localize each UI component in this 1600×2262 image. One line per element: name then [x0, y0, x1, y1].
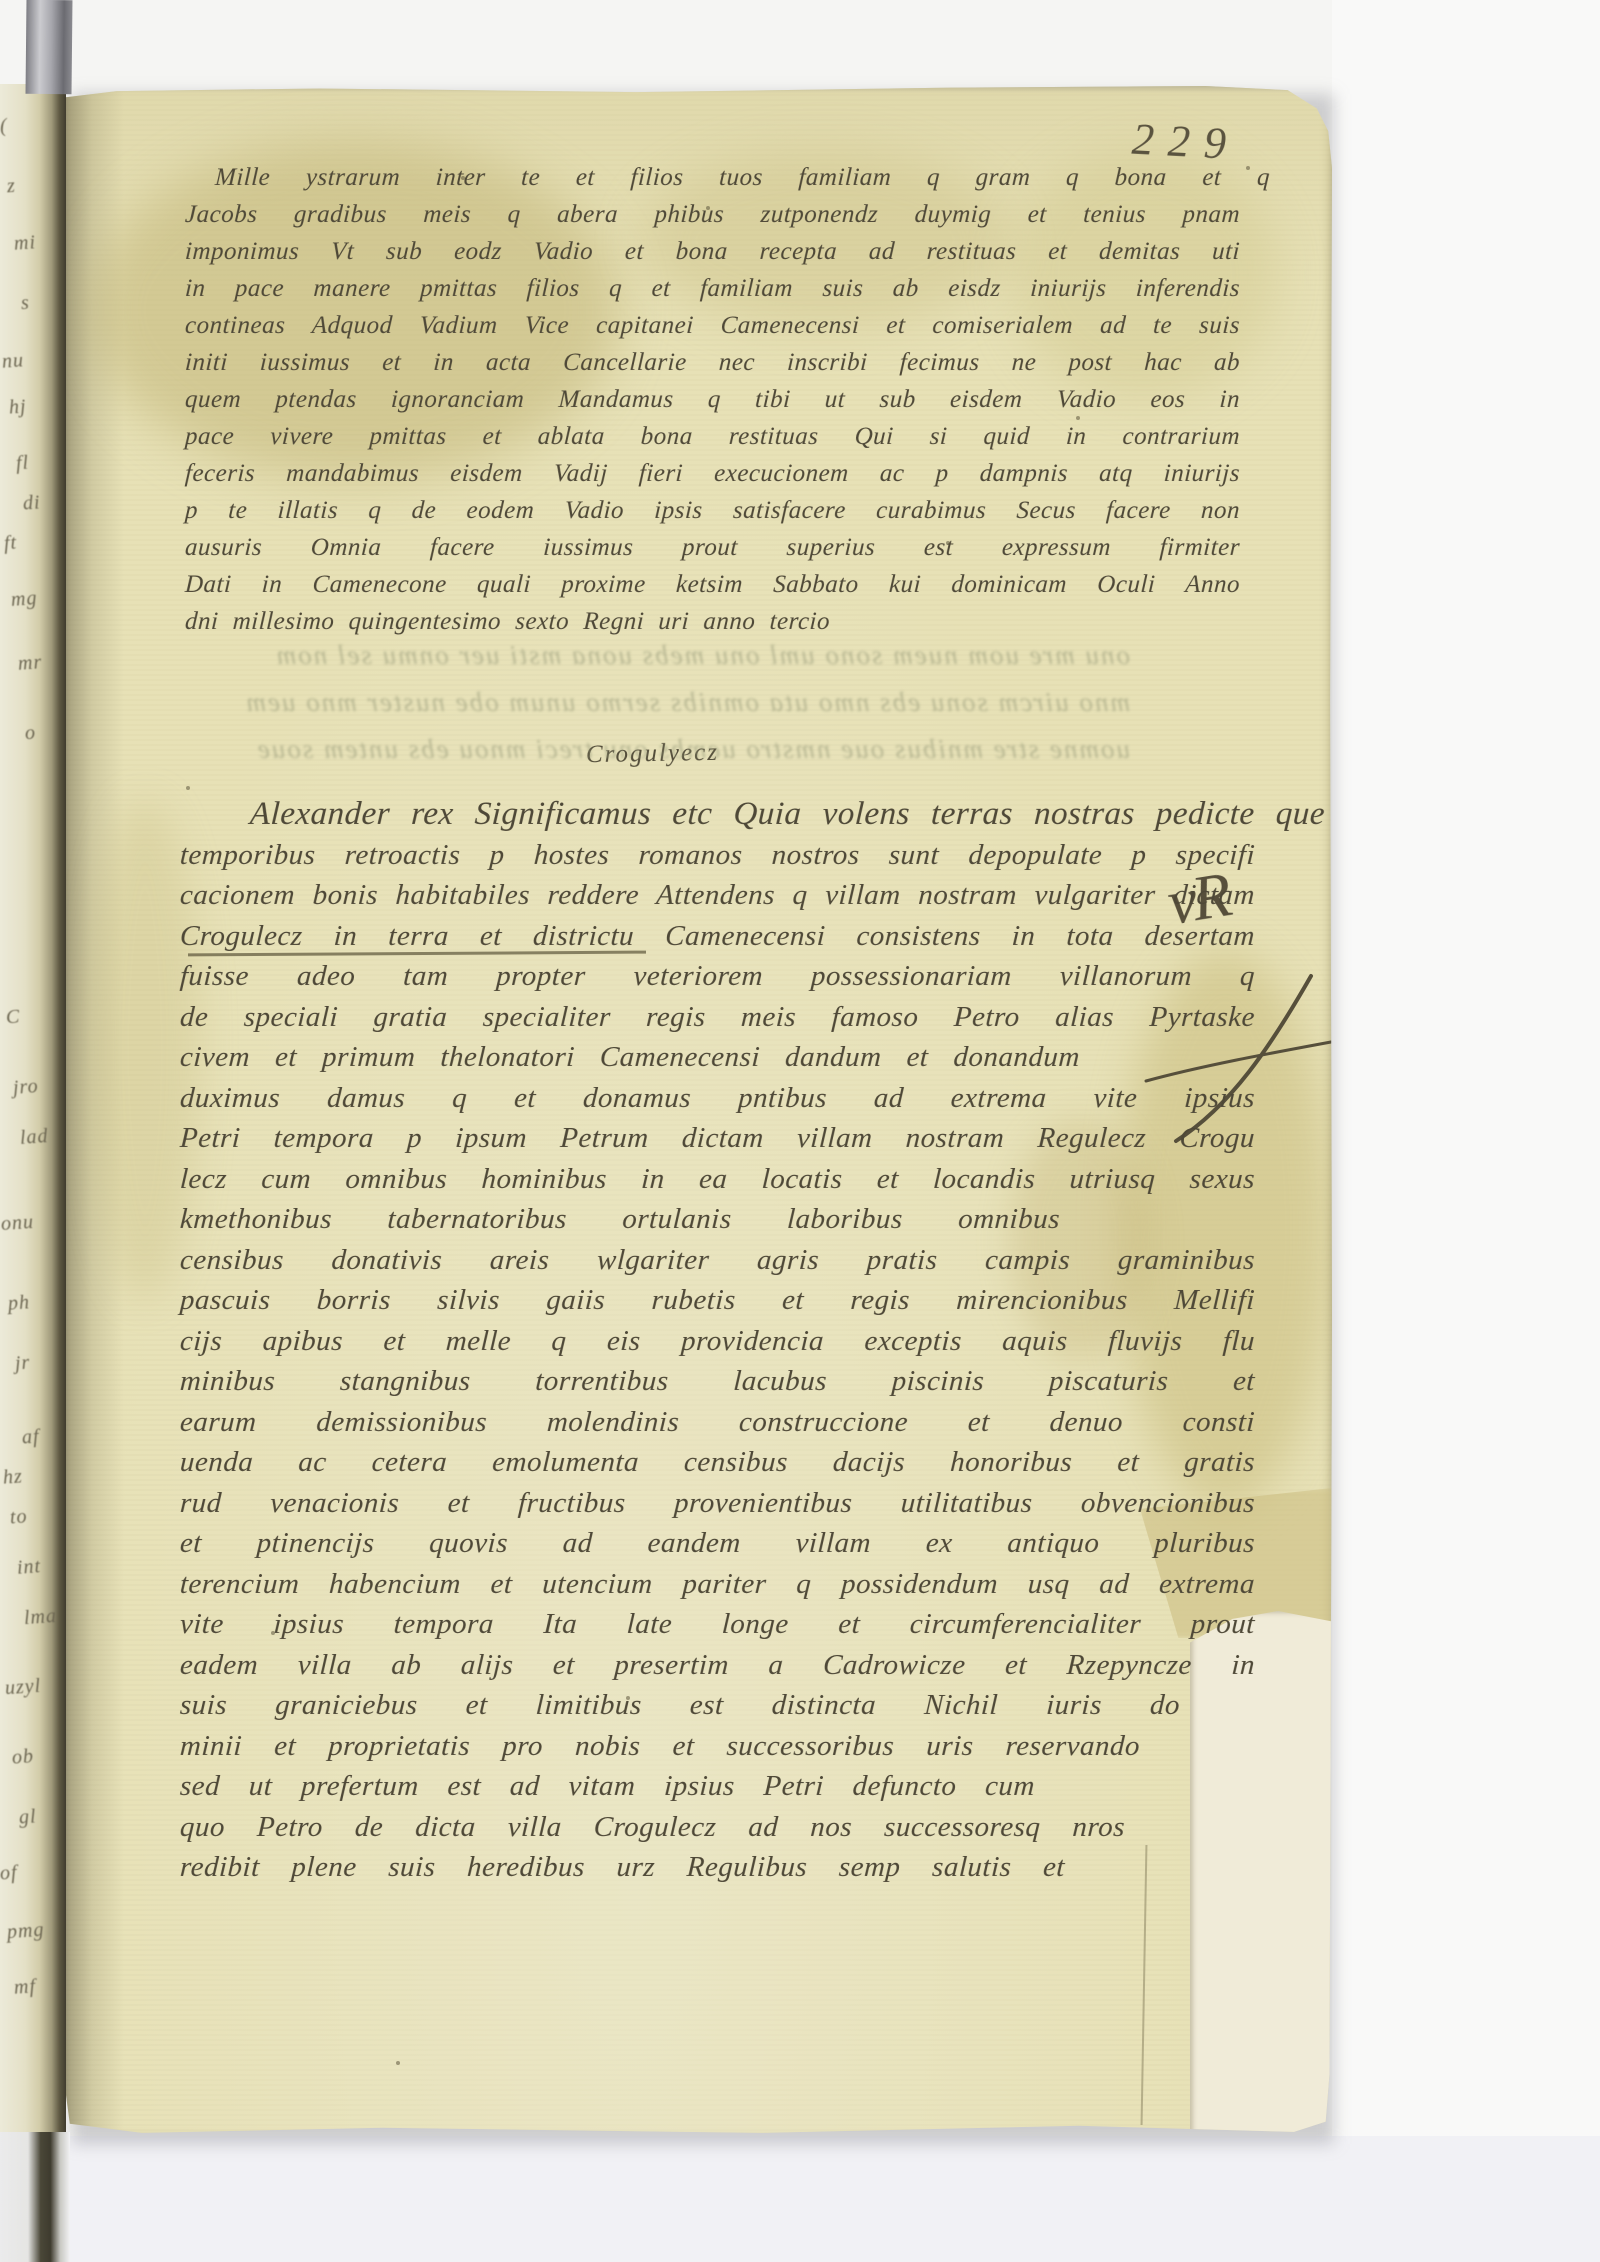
p2-line-9: Petri tempora p ipsum Petrum dictam vill… [179, 1118, 1256, 1159]
margin-fragment: ph [7, 1291, 31, 1315]
margin-fragment: ob [11, 1745, 35, 1769]
p1-line-12: Dati in Camenecone quali proxime ketsim … [184, 567, 1241, 604]
p2-line-18: rud venacionis et fructibus provenientib… [179, 1483, 1256, 1524]
ink-speck [461, 176, 465, 180]
p2-line-15: minibus stangnibus torrentibus lacubus p… [179, 1361, 1256, 1402]
p1-line-4: in pace manere pmittas filios q et famil… [184, 271, 1241, 308]
p1-line-8: pace vivere pmittas et ablata bona resti… [184, 419, 1241, 456]
ink-speck [706, 206, 710, 210]
ink-speck [1076, 416, 1080, 420]
margin-fragment: hz [2, 1465, 23, 1489]
p2-line-21: vite ipsius tempora Ita late longe et ci… [179, 1604, 1256, 1645]
p1-line-7: quem ptendas ignoranciam Mandamus q tibi… [184, 382, 1241, 419]
p2-line-24: minii et proprietatis pro nobis et succe… [179, 1726, 1141, 1767]
margin-fragment: af [21, 1425, 40, 1449]
margin-fragment: onu [0, 1211, 35, 1236]
margin-fragment: nu [1, 349, 25, 373]
margin-fragment: jr [14, 1351, 31, 1375]
margin-fragment: mf [13, 1975, 37, 1999]
margin-fragment: mi [13, 231, 37, 255]
margin-fragment: int [16, 1555, 42, 1580]
margin-fragment: gl [18, 1805, 37, 1829]
p2-line-26: quo Petro de dicta villa Crogulecz ad no… [179, 1807, 1126, 1848]
manuscript-page: 229 Crogulyecz vR Mille ystrarum inter t… [66, 86, 1332, 2136]
p1-line-6: initi iussimus et in acta Cancellarie ne… [184, 345, 1241, 382]
p2-line-22: eadem villa ab alijs et presertim a Cadr… [179, 1645, 1256, 1686]
bleedthrough-line-2: mno uircm sonu ebs nmo uta omnibs sermo … [150, 687, 1130, 718]
p1-line-2: Jacobs gradibus meis q abera phibus zutp… [184, 197, 1241, 234]
p2-line-25: sed ut prefertum est ad vitam ipsius Pet… [179, 1766, 1036, 1807]
margin-fragment: C [5, 1006, 21, 1030]
p1-line-1: Mille ystrarum inter te et filios tuos f… [184, 160, 1271, 197]
p1-line-9: feceris mandabimus eisdem Vadij fieri ex… [184, 456, 1241, 493]
p2-line-27: redibit plene suis heredibus urz Regulib… [179, 1847, 1066, 1888]
margin-fragment: hj [8, 395, 27, 419]
p2-line-20: terencium habencium et utencium pariter … [179, 1564, 1256, 1605]
p2-line-14: cijs apibus et melle q eis providencia e… [179, 1321, 1256, 1362]
margin-fragment: ( [0, 115, 8, 138]
p1-line-13: dni millesimo quingentesimo sexto Regni … [184, 604, 831, 641]
book-gutter-bottom [0, 2132, 70, 2262]
ink-speck [396, 2061, 400, 2065]
margin-fragment: ft [3, 532, 18, 556]
p2-line-7: civem et primum thelonatori Camenecensi … [179, 1037, 1081, 1078]
margin-fragment: lad [19, 1125, 49, 1150]
margin-fragment: fl [15, 452, 30, 476]
p2-line-11: kmethonibus tabernatoribus ortulanis lab… [179, 1199, 1061, 1240]
margin-fragment: to [9, 1505, 28, 1529]
ink-speck [946, 541, 950, 545]
p2-line-12: censibus donativis areis wlgariter agris… [179, 1240, 1256, 1281]
p2-line-5: fuisse adeo tam propter veteriorem posse… [179, 956, 1256, 997]
p2-line-10: lecz cum omnibus hominibus in ea locatis… [179, 1159, 1256, 1200]
p2-line-13: pascuis borris silvis gaiis rubetis et r… [179, 1280, 1256, 1321]
ink-speck [186, 786, 190, 790]
p2-line-23: suis graniciebus et limitibus est distin… [179, 1685, 1181, 1726]
p2-line-16: earum demissionibus molendinis construcc… [179, 1402, 1256, 1443]
p2-line-8: duximus damus q et donamus pntibus ad ex… [179, 1078, 1256, 1119]
bleedthrough-line-3: uomne stre mnibus oue nmstro uembs onu t… [150, 734, 1130, 765]
bleedthrough-line-1: onu mre uom nuem sono uml onu mebs uona … [150, 640, 1130, 671]
p2-line-4: Crogulecz in terra et districtu Camenece… [179, 916, 1256, 957]
p1-line-3: imponimus Vt sub eodz Vadio et bona rece… [184, 234, 1241, 271]
margin-fragment: o [24, 722, 37, 746]
page-holder-rod [26, 0, 73, 94]
margin-fragment: uzyl [4, 1675, 42, 1700]
scan-background-right [1332, 0, 1600, 2262]
p1-line-5: contineas Adquod Vadium Vice capitanei C… [184, 308, 1241, 345]
p2-line-3: cacionem bonis habitabiles reddere Atten… [179, 875, 1256, 916]
margin-fragment: di [22, 491, 41, 515]
scan-background-bottom [0, 2136, 1600, 2262]
p2-line-2: temporibus retroactis p hostes romanos n… [179, 835, 1256, 876]
margin-fragment: s [20, 292, 30, 316]
p2-line-17: uenda ac cetera emolumenta censibus daci… [179, 1442, 1256, 1483]
book-gutter-page-edges: (zmisnuhjfldiftmgmroCjroladonuphjrafhzto… [0, 84, 66, 2136]
margin-fragment: lma [23, 1605, 58, 1630]
repair-patch [1190, 1611, 1332, 2136]
margin-fragment: mr [17, 651, 43, 676]
margin-fragment: pmg [6, 1919, 45, 1945]
p2-line-1: Alexander rex Significamus etc Quia vole… [179, 794, 1326, 835]
manuscript-scan: (zmisnuhjfldiftmgmroCjroladonuphjrafhzto… [0, 0, 1600, 2262]
ink-speck [271, 1631, 275, 1635]
margin-fragment: jro [12, 1075, 39, 1100]
ink-speck [626, 1696, 630, 1700]
p1-line-10: p te illatis q de eodem Vadio ipsis sati… [184, 493, 1241, 530]
margin-fragment: z [6, 175, 16, 199]
margin-fragment: of [0, 1861, 18, 1885]
ink-speck [1246, 166, 1250, 170]
p2-line-19: et ptinencijs quovis ad eandem villam ex… [179, 1523, 1256, 1564]
margin-fragment: mg [10, 587, 38, 612]
p2-line-6: de speciali gratia specialiter regis mei… [179, 997, 1256, 1038]
p1-line-11: ausuris Omnia facere iussimus prout supe… [184, 530, 1241, 567]
